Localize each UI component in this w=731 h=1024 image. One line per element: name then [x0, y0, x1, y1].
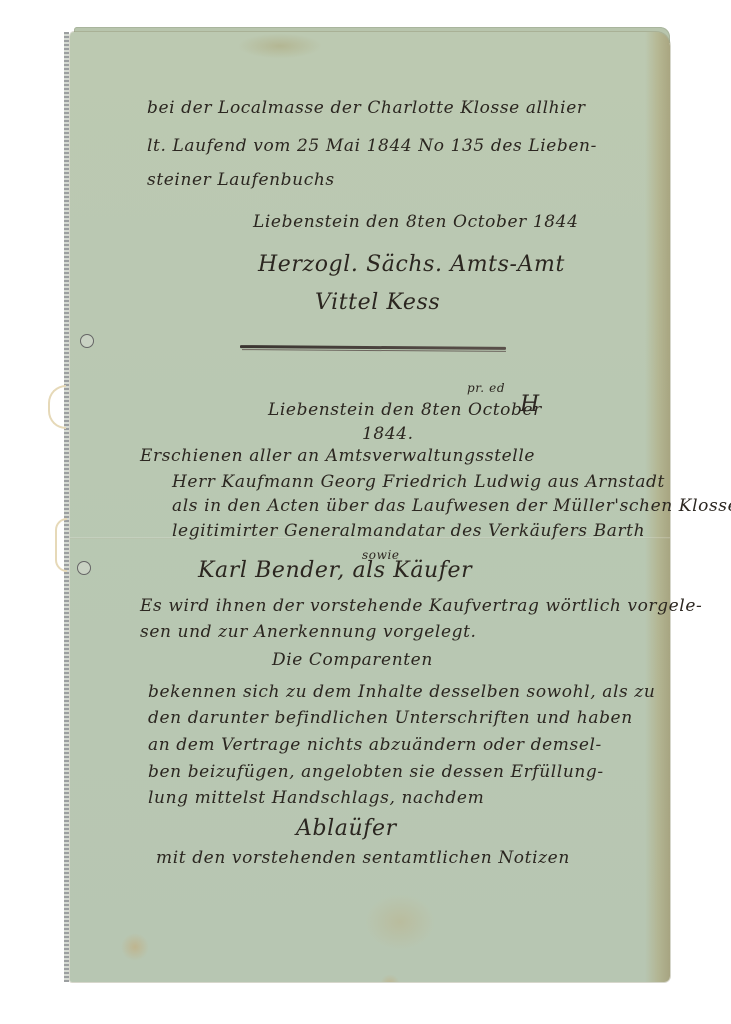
binding-hole-bottom	[77, 561, 91, 575]
text-line-lower-1: Erschienen aller an Amtsverwaltungsstell…	[140, 446, 535, 466]
text-line-lower-16: mit den vorstehenden sentamtlichen Notiz…	[156, 848, 570, 868]
text-line-lower-11: den darunter befindlichen Unterschriften…	[148, 708, 633, 728]
scanned-document: bei der Localmasse der Charlotte Klosse …	[0, 0, 731, 1024]
section-divider-rule	[240, 345, 506, 350]
text-line-lower-2: Herr Kaufmann Georg Friedrich Ludwig aus…	[172, 472, 665, 492]
binding-hole-top	[80, 334, 94, 348]
marginal-note: pr. ed	[467, 381, 505, 395]
text-line-lower-4: legitimirter Generalmandatar des Verkäuf…	[172, 521, 645, 541]
signature: Vittel Kess	[315, 290, 440, 315]
text-line-lower-8: sen und zur Anerkennung vorgelegt.	[140, 622, 477, 642]
year-lower: 1844.	[362, 424, 414, 444]
authority-title: Herzogl. Sächs. Amts-Amt	[258, 252, 565, 277]
place-date-upper: Liebenstein den 8ten October 1844	[253, 212, 579, 232]
text-line-upper-3: steiner Laufenbuchs	[147, 170, 335, 190]
binding-thread-top	[48, 385, 66, 429]
place-date-lower: Liebenstein den 8ten October	[268, 400, 542, 420]
text-line-lower-3: als in den Acten über das Laufwesen der …	[172, 496, 731, 516]
text-line-lower-10: bekennen sich zu dem Inhalte desselben s…	[148, 682, 655, 702]
text-line-upper-1: bei der Localmasse der Charlotte Klosse …	[147, 98, 586, 118]
text-line-lower-9: Die Comparenten	[272, 650, 433, 670]
text-line-lower-13: ben beizufügen, angelobten sie dessen Er…	[148, 762, 604, 782]
binding-stitching	[64, 32, 69, 982]
text-line-lower-14: lung mittelst Handschlags, nachdem	[148, 788, 484, 808]
text-line-upper-2: lt. Laufend vom 25 Mai 1844 No 135 des L…	[147, 136, 597, 156]
text-line-lower-15: Ablaüfer	[296, 816, 397, 841]
text-line-lower-12: an dem Vertrage nichts abzuändern oder d…	[148, 735, 602, 755]
binding-thread-bottom	[55, 518, 67, 572]
text-line-lower-6: Karl Bender, als Käufer	[198, 558, 472, 583]
text-line-lower-7: Es wird ihnen der vorstehende Kaufvertra…	[140, 596, 702, 616]
